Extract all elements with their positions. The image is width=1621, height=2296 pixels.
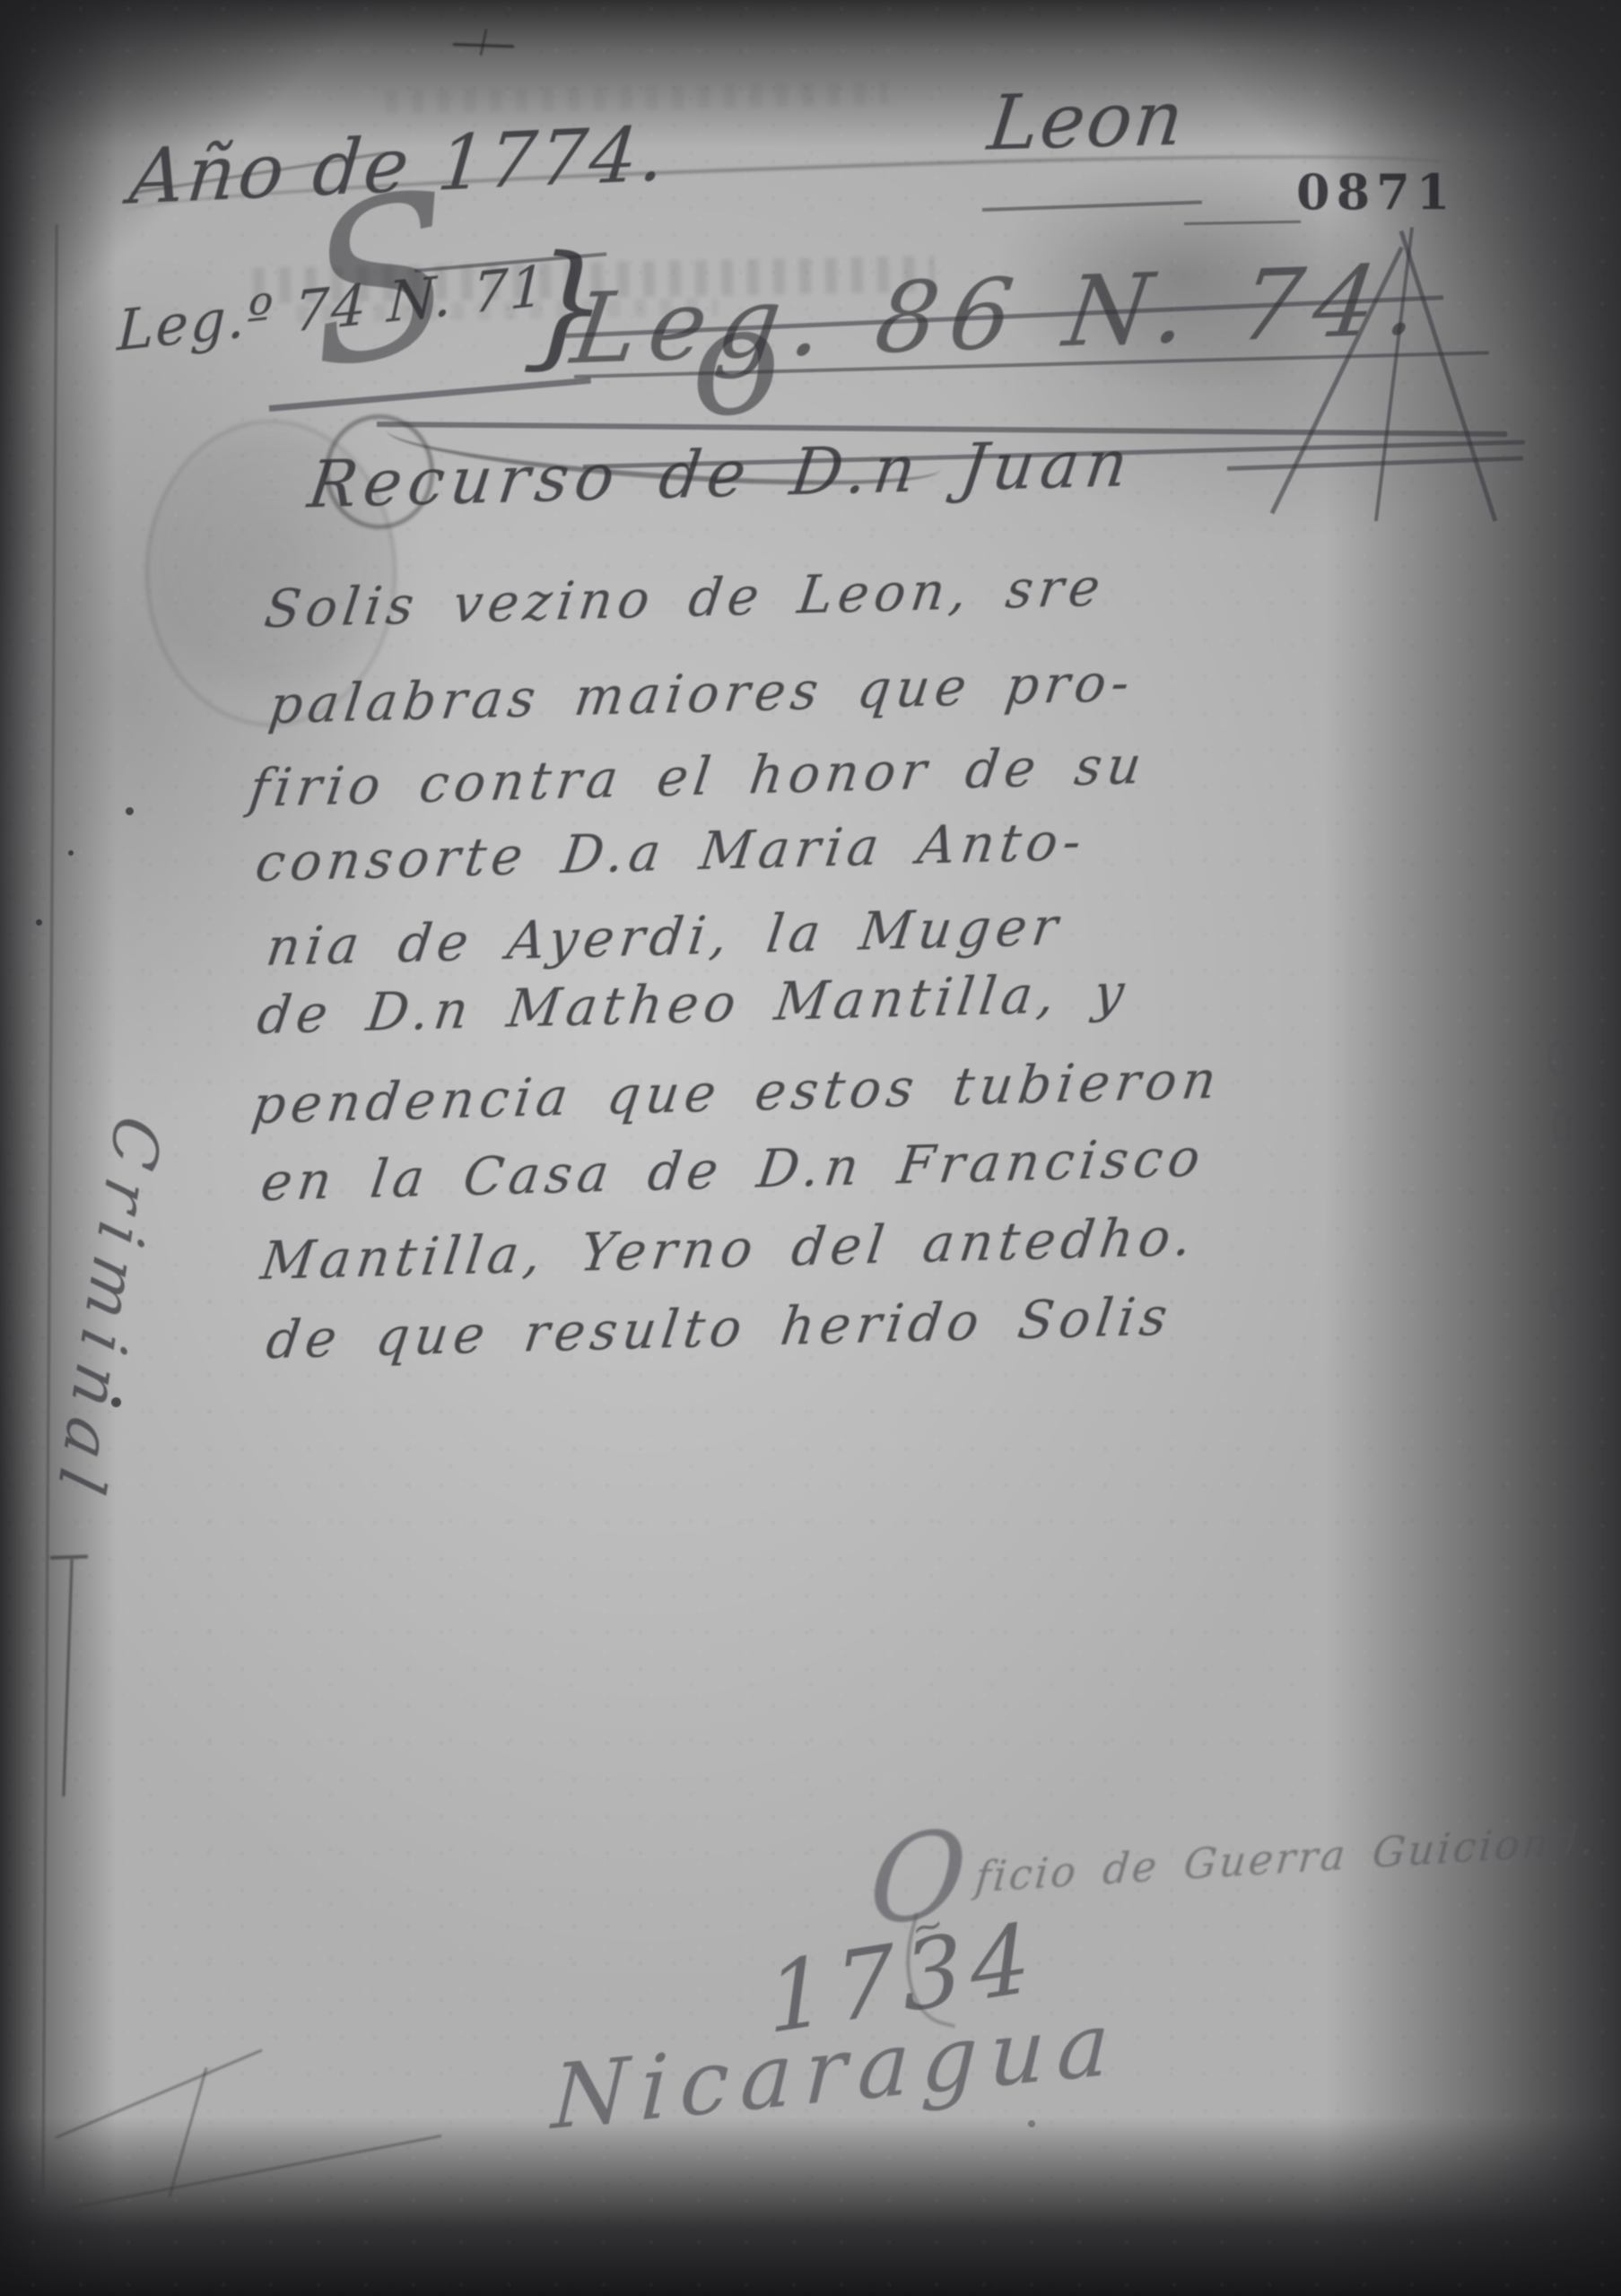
place-annotation: Leon (984, 74, 1190, 167)
ink-dot (111, 1397, 121, 1407)
ink-dot (36, 919, 42, 926)
edge-squiggle-mark (1554, 1110, 1570, 1141)
manuscript-scan: Año de 1774. Leon 0871 Leg.º 74 N. 71 } … (0, 0, 1621, 2296)
ink-dot (68, 850, 74, 856)
edge-squiggle-mark (1548, 1042, 1566, 1074)
edge-squiggle-mark (1550, 1288, 1564, 1315)
ink-dot (126, 807, 134, 815)
ink-dot (1028, 2120, 1035, 2127)
